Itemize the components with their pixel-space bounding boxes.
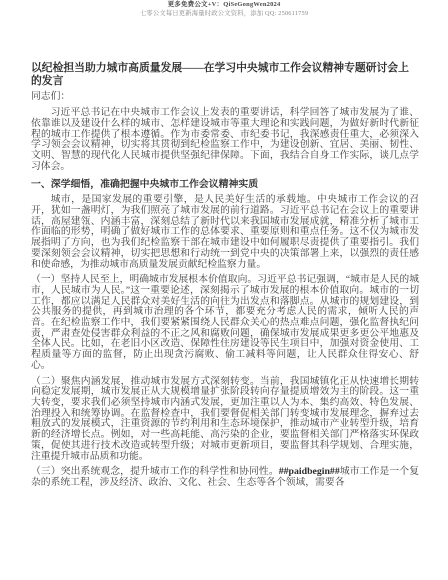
promo-qq-line: 七零公文每日更新海量时政公文资料，添加 QQ: 250611759 — [0, 9, 448, 18]
paid-begin-marker: ##paidbegin## — [279, 466, 340, 477]
salutation: 同志们： — [31, 92, 419, 103]
point-2-paragraph: （二）聚焦内涵发展，推动城市发展方式深刻转变。当前，我国城镇化正从快速增长期转向… — [31, 377, 419, 463]
document-page: 更多免费公文+V：QiSeGongWen2024 七零公文每日更新海量时政公文资… — [0, 0, 448, 580]
section-1-overview-paragraph: 城市，是国家发展的重要引擎，是人民美好生活的承载地。中央城市工作会议的召开，犹如… — [31, 195, 419, 270]
point-3-lead: （三）突出系统观念，提升城市工作的科学性和协同性。 — [31, 466, 279, 477]
point-1-paragraph: （一）坚持人民至上，明确城市发展根本价值取向。习近平总书记强调，“城市是人民的城… — [31, 275, 419, 371]
section-1-heading: 一、深学细悟，准确把握中央城市工作会议精神实质 — [31, 179, 419, 190]
document-title: 以纪检担当助力城市高质量发展——在学习中央城市工作会议精神专题研讨会上的发言 — [31, 62, 419, 88]
point-3-paragraph: （三）突出系统观念，提升城市工作的科学性和协同性。##paidbegin##城市… — [31, 467, 419, 488]
promo-header: 更多免费公文+V：QiSeGongWen2024 七零公文每日更新海量时政公文资… — [0, 0, 448, 18]
promo-wechat-line: 更多免费公文+V：QiSeGongWen2024 — [0, 1, 448, 9]
intro-paragraph: 习近平总书记在中央城市工作会议上发表的重要讲话，科学回答了城市发展为了谁、依靠谁… — [31, 108, 419, 172]
speech-document: 以纪检担当助力城市高质量发展——在学习中央城市工作会议精神专题研讨会上的发言 同… — [31, 62, 419, 489]
